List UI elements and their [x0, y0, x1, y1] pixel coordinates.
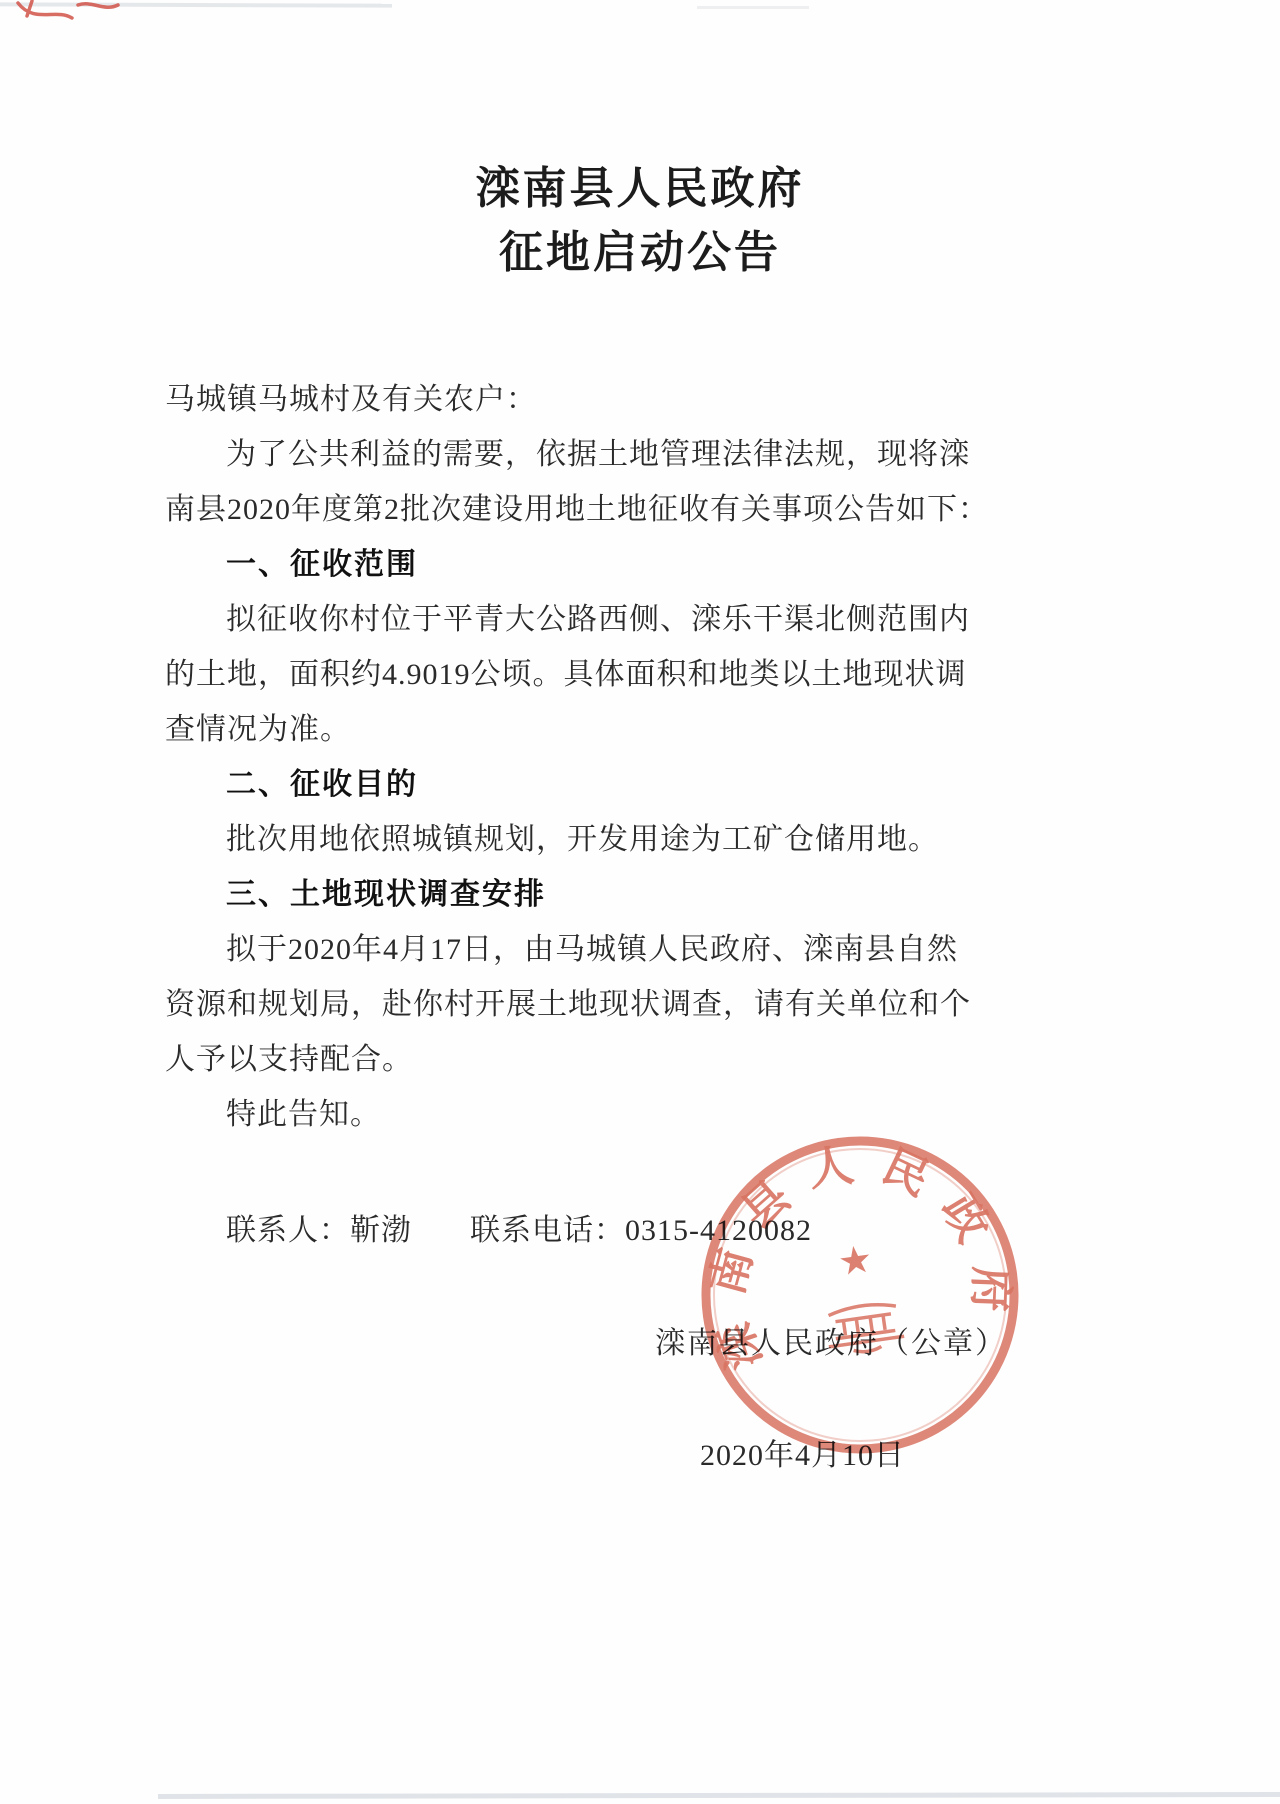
document-body: 马城镇马城村及有关农户： 为了公共利益的需要，依据土地管理法律法规，现将滦 南县…: [165, 372, 955, 1142]
scanned-announcement-page: 滦南县人民政府 征地启动公告 马城镇马城村及有关农户： 为了公共利益的需要，依据…: [0, 0, 1280, 1804]
section-heading-3: 三、土地现状调查安排: [165, 867, 955, 922]
body-line: 查情况为准。: [165, 702, 955, 757]
document-title-line1: 滦南县人民政府: [0, 152, 1280, 216]
contact-person: 联系人：靳渤: [226, 1214, 412, 1247]
body-line: 批次用地依照城镇规划，开发用途为工矿仓储用地。: [165, 812, 955, 867]
body-line: 的土地，面积约4.9019公顷。具体面积和地类以土地现状调: [165, 647, 955, 702]
body-line: 资源和规划局，赴你村开展土地现状调查，请有关单位和个: [165, 977, 955, 1032]
section-heading-1: 一、征收范围: [165, 537, 955, 592]
body-line: 拟于2020年4月17日，由马城镇人民政府、滦南县自然: [165, 922, 955, 977]
body-line: 南县2020年度第2批次建设用地土地征收有关事项公告如下：: [165, 482, 955, 537]
scan-edge-artifact-top-mid: [697, 6, 809, 9]
body-line: 为了公共利益的需要，依据土地管理法律法规，现将滦: [165, 427, 955, 482]
salutation-line: 马城镇马城村及有关农户：: [165, 372, 955, 427]
seal-star-icon: ★: [835, 1236, 875, 1284]
body-line: 人予以支持配合。: [165, 1032, 955, 1087]
seal-emblem-icon: [824, 1301, 906, 1357]
section-heading-2: 二、征收目的: [165, 757, 955, 812]
document-title-line2: 征地启动公告: [0, 216, 1280, 280]
scan-edge-artifact-bottom: [158, 1792, 1280, 1799]
official-seal: 滦南县人民政府 ★: [668, 1103, 1052, 1487]
red-pen-marks: [6, 0, 146, 52]
body-line: 拟征收你村位于平青大公路西侧、滦乐干渠北侧范围内: [165, 592, 955, 647]
